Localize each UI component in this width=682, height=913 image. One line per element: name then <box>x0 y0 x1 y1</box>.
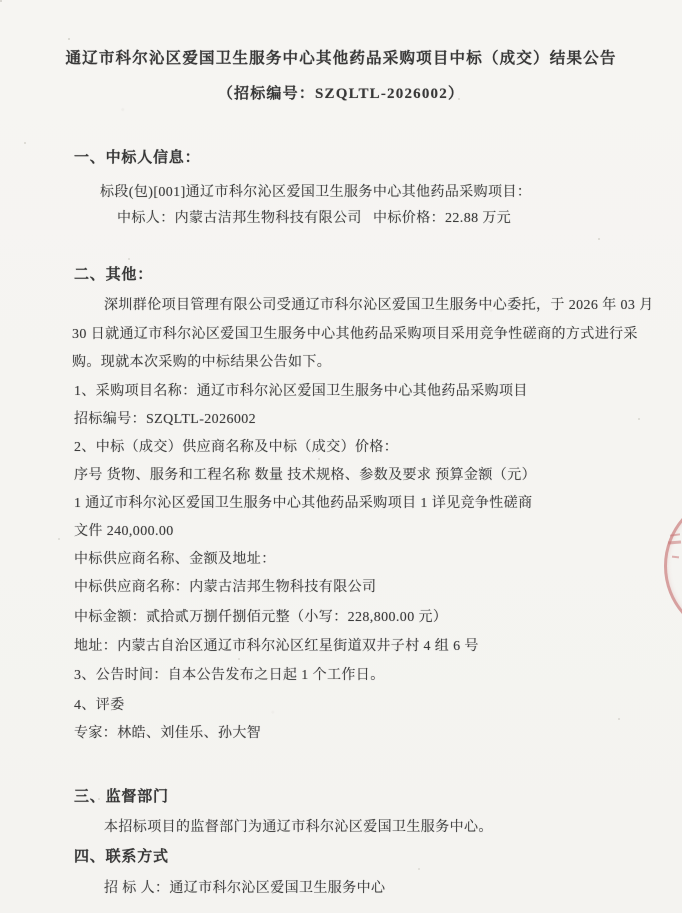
section2-table-row-line1: 1 通辽市科尔沁区爱国卫生服务中心其他药品采购项目 1 详见竞争性磋商 <box>74 492 533 512</box>
section2-table-row-line2: 文件 240,000.00 <box>74 520 174 540</box>
section1-lot-line: 标段(包)[001]通辽市科尔沁区爱国卫生服务中心其他药品采购项目： <box>100 181 531 201</box>
section3-heading: 三、监督部门 <box>74 785 169 806</box>
document-subtitle-tender-number: （招标编号：SZQLTL-2026002） <box>0 82 682 103</box>
section1-price: 中标价格：22.88 万元 <box>373 207 511 227</box>
section2-intro-line2: 30 日就通辽市科尔沁区爱国卫生服务中心其他药品采购项目采用竞争性磋商的方式进行… <box>72 323 638 343</box>
scanned-document-page: 通辽市科尔沁区爱国卫生服务中心其他药品采购项目中标（成交）结果公告 （招标编号：… <box>0 0 682 913</box>
section2-item1-project-name: 1、采购项目名称：通辽市科尔沁区爱国卫生服务中心其他药品采购项目 <box>74 380 528 400</box>
section2-intro-line1: 深圳群伦项目管理有限公司受通辽市科尔沁区爱国卫生服务中心委托，于 2026 年 … <box>104 294 654 314</box>
section2-item2-supplier-price: 2、中标（成交）供应商名称及中标（成交）价格： <box>74 436 398 456</box>
section2-heading: 二、其他： <box>74 263 153 284</box>
section1-winner: 中标人：内蒙古洁邦生物科技有限公司 <box>117 207 362 227</box>
section2-supplier-name: 中标供应商名称：内蒙古洁邦生物科技有限公司 <box>74 576 376 596</box>
section1-heading: 一、中标人信息： <box>74 146 200 167</box>
section2-address: 地址：内蒙古自治区通辽市科尔沁区红星街道双井子村 4 组 6 号 <box>74 635 479 655</box>
section2-award-amount: 中标金额：贰拾贰万捌仟捌佰元整（小写：228,800.00 元） <box>74 606 447 626</box>
paper-noise-speckles <box>0 0 2 2</box>
section2-intro-line3: 购。现就本次采购的中标结果公告如下。 <box>72 351 331 371</box>
section4-heading: 四、联系方式 <box>74 845 169 866</box>
section2-experts: 专家：林皓、刘佳乐、孙大智 <box>74 722 261 742</box>
document-title: 通辽市科尔沁区爱国卫生服务中心其他药品采购项目中标（成交）结果公告 <box>0 46 682 68</box>
section2-item4-committee: 4、评委 <box>74 694 125 714</box>
section2-tender-number: 招标编号：SZQLTL-2026002 <box>74 408 256 428</box>
section4-bidder: 招 标 人：通辽市科尔沁区爱国卫生服务中心 <box>104 877 385 897</box>
section2-supplier-block-heading: 中标供应商名称、金额及地址： <box>74 548 276 568</box>
section2-item3-notice-period: 3、公告时间：自本公告发布之日起 1 个工作日。 <box>74 664 385 684</box>
section3-body: 本招标项目的监督部门为通辽市科尔沁区爱国卫生服务中心。 <box>104 816 493 836</box>
red-seal-stamp <box>664 493 682 639</box>
section2-table-header: 序号 货物、服务和工程名称 数量 技术规格、参数及要求 预算金额（元） <box>74 464 536 484</box>
